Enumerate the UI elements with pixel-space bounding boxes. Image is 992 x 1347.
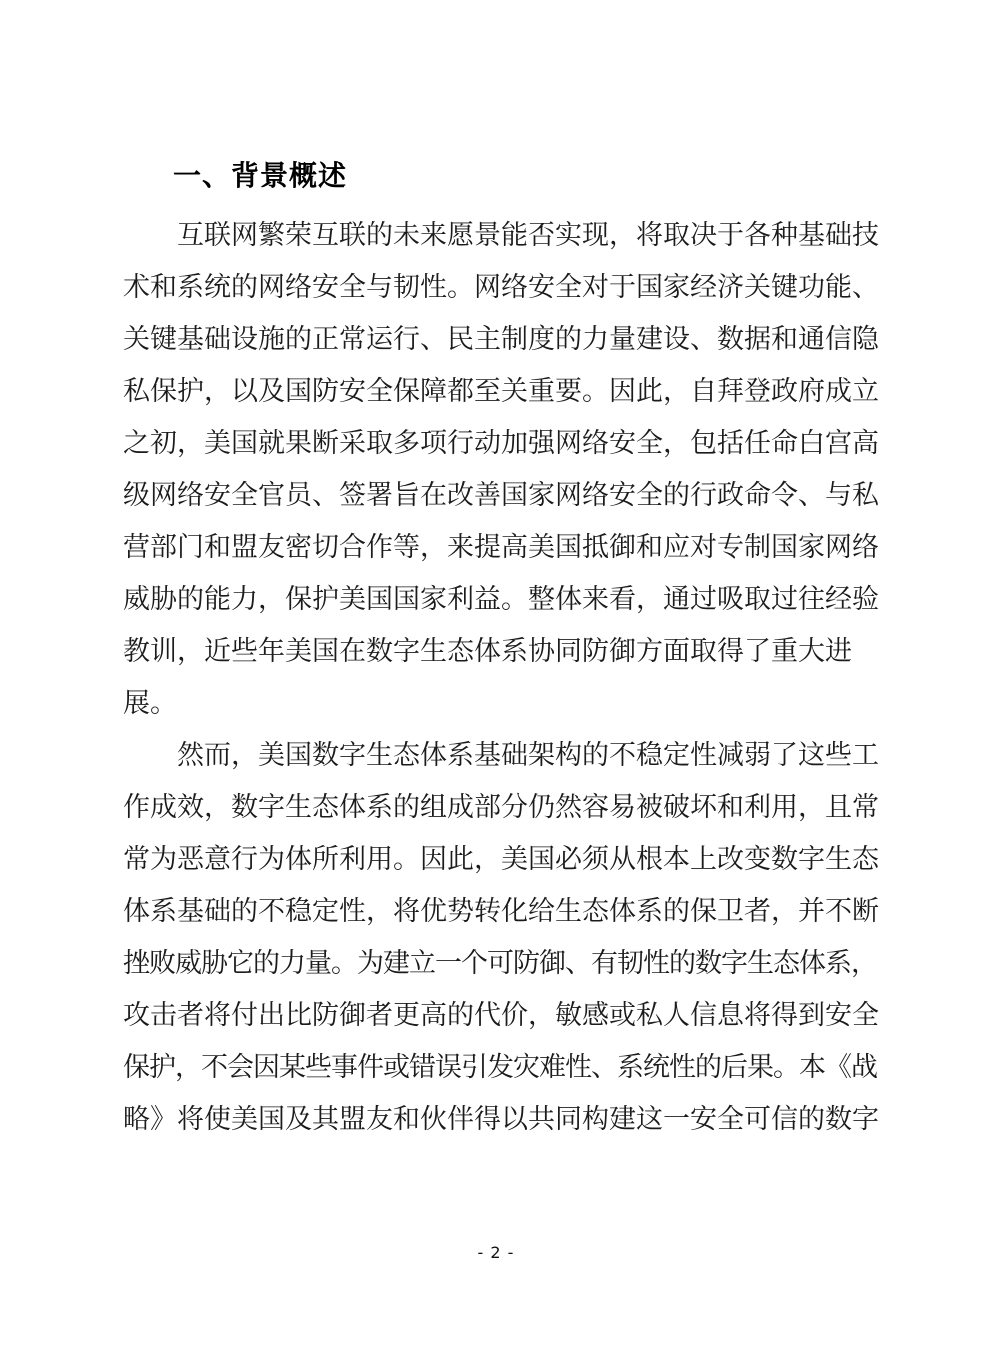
paragraph2-line: 挫败威胁它的力量。为建立一个可防御、有韧性的数字生态体系， bbox=[123, 937, 879, 989]
paragraph2-line: 攻击者将付出比防御者更高的代价，敏感或私人信息将得到安全 bbox=[123, 989, 879, 1041]
paragraph2-line: 略》将使美国及其盟友和伙伴得以共同构建这一安全可信的数字 bbox=[123, 1093, 879, 1145]
paragraph1-line: 术和系统的网络安全与韧性。网络安全对于国家经济关键功能、 bbox=[123, 261, 879, 313]
paragraph2-line: 然而，美国数字生态体系基础架构的不稳定性减弱了这些工 bbox=[123, 729, 879, 781]
paragraph2-line: 常为恶意行为体所利用。因此，美国必须从根本上改变数字生态 bbox=[123, 833, 879, 885]
paragraph2-line: 保护，不会因某些事件或错误引发灾难性、系统性的后果。本《战 bbox=[123, 1041, 879, 1093]
paragraph1-line: 互联网繁荣互联的未来愿景能否实现，将取决于各种基础技 bbox=[123, 209, 879, 261]
page-number: - 2 - bbox=[0, 1242, 992, 1264]
paragraph1-line: 之初，美国就果断采取多项行动加强网络安全，包括任命白宫高 bbox=[123, 417, 879, 469]
section-heading: 一、背景概述 bbox=[123, 158, 879, 194]
paragraph1-line: 教训，近些年美国在数字生态体系协同防御方面取得了重大进 bbox=[123, 625, 879, 677]
paragraph1-line: 关键基础设施的正常运行、民主制度的力量建设、数据和通信隐 bbox=[123, 313, 879, 365]
document-page: 一、背景概述 互联网繁荣互联的未来愿景能否实现，将取决于各种基础技 术和系统的网… bbox=[0, 0, 992, 1347]
paragraph2-line: 作成效，数字生态体系的组成部分仍然容易被破坏和利用，且常 bbox=[123, 781, 879, 833]
paragraph1-line: 威胁的能力，保护美国国家利益。整体来看，通过吸取过往经验 bbox=[123, 573, 879, 625]
paragraph1-line: 私保护，以及国防安全保障都至关重要。因此，自拜登政府成立 bbox=[123, 365, 879, 417]
body-text: 互联网繁荣互联的未来愿景能否实现，将取决于各种基础技 术和系统的网络安全与韧性。… bbox=[123, 209, 879, 1145]
paragraph1-line: 展。 bbox=[123, 677, 879, 729]
paragraph2-line: 体系基础的不稳定性，将优势转化给生态体系的保卫者，并不断 bbox=[123, 885, 879, 937]
paragraph1-line: 营部门和盟友密切合作等，来提高美国抵御和应对专制国家网络 bbox=[123, 521, 879, 573]
paragraph1-line: 级网络安全官员、签署旨在改善国家网络安全的行政命令、与私 bbox=[123, 469, 879, 521]
